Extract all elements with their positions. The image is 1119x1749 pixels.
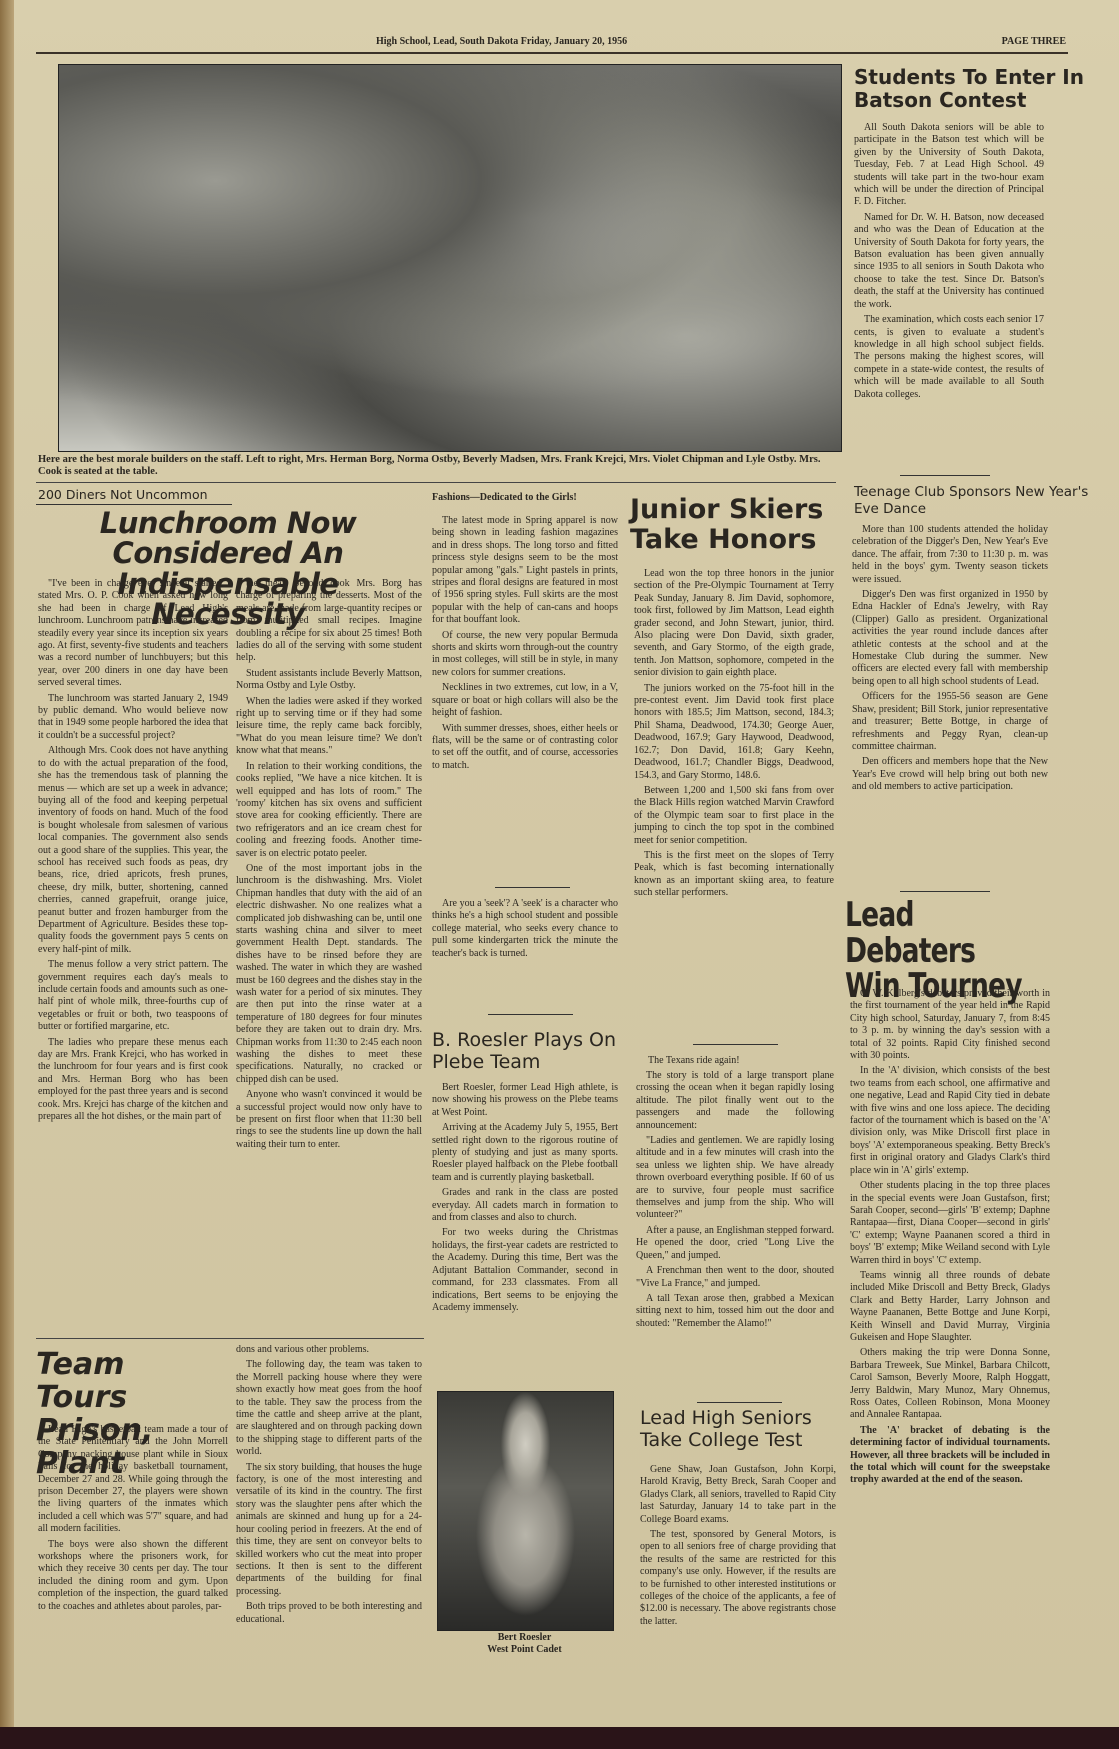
paragraph: The menus follow a very strict pattern. … [38, 959, 228, 1033]
paragraph: After a pause, an Englishman stepped for… [636, 1225, 834, 1262]
teen-club-headline: Teenage Club Sponsors New Year's Eve Dan… [854, 484, 1114, 518]
paragraph: Digger's Den was first organized in 1950… [852, 589, 1048, 688]
paragraph: In the 'A' division, which consists of t… [850, 1065, 1050, 1177]
caption-title: West Point Cadet [437, 1644, 612, 1656]
divider [900, 891, 990, 892]
paragraph: Are you a 'seek'? A 'seek' is a characte… [432, 898, 618, 960]
debaters-article: O. W. Kolberg's debaters proved their wo… [850, 988, 1050, 1490]
page-bottom-edge [0, 1727, 1119, 1749]
paragraph: "Ladies and gentlemen. We are rapidly lo… [636, 1135, 834, 1222]
paragraph: The juniors worked on the 75-foot hill i… [634, 683, 834, 782]
paragraph: Student assistants include Beverly Matts… [236, 668, 422, 693]
paragraph: The boys were also shown the different w… [38, 1539, 228, 1613]
team-tours-column-1: Lead High's basketball team made a tour … [38, 1424, 228, 1616]
skiers-headline: Junior Skiers Take Honors [630, 495, 840, 555]
paragraph: Named for Dr. W. H. Batson, now deceased… [854, 212, 1044, 311]
kicker-rule [36, 504, 232, 505]
paragraph: This is the first meet on the slopes of … [634, 850, 834, 900]
paragraph: One of the most important jobs in the lu… [236, 863, 422, 1086]
college-test-article: Gene Shaw, Joan Gustafson, John Korpi, H… [640, 1464, 836, 1631]
paragraph: Bert Roesler, former Lead High athlete, … [432, 1082, 618, 1119]
lunchroom-column-2: the meal. Second cook Mrs. Borg has char… [236, 578, 422, 1154]
paragraph: The following day, the team was taken to… [236, 1359, 422, 1458]
paragraph: Between 1,200 and 1,500 ski fans from ov… [634, 785, 834, 847]
paragraph: The lunchroom was started January 2, 194… [38, 693, 228, 743]
paragraph: Gene Shaw, Joan Gustafson, John Korpi, H… [640, 1464, 836, 1526]
paragraph: The six story building, that houses the … [236, 1462, 422, 1598]
divider [36, 482, 836, 483]
paragraph: The 'A' bracket of debating is the deter… [850, 1425, 1050, 1487]
lunchroom-column-1: "I've been in charge ever since it start… [38, 578, 228, 1126]
paragraph: Anyone who wasn't convinced it would be … [236, 1089, 422, 1151]
paragraph: In relation to their working conditions,… [236, 761, 422, 860]
fashions-subhead: Fashions—Dedicated to the Girls! [432, 492, 577, 503]
page-number: PAGE THREE [1002, 36, 1066, 47]
paragraph: dons and various other problems. [236, 1344, 422, 1356]
teen-club-article: More than 100 students attended the holi… [852, 524, 1048, 797]
paragraph: Lead High's basketball team made a tour … [38, 1424, 228, 1536]
paragraph: "I've been in charge ever since it start… [38, 578, 228, 690]
roesler-cadet-photo [437, 1391, 614, 1631]
paragraph: When the ladies were asked if they worke… [236, 696, 422, 758]
roesler-article: Bert Roesler, former Lead High athlete, … [432, 1082, 618, 1317]
paragraph: For two weeks during the Christmas holid… [432, 1227, 618, 1314]
paragraph: A Frenchman then went to the door, shout… [636, 1265, 834, 1290]
kitchen-staff-photo [58, 64, 842, 452]
divider [488, 1014, 573, 1015]
divider [495, 887, 570, 888]
team-tours-column-2: dons and various other problems. The fol… [236, 1344, 422, 1629]
paragraph: The ladies who prepare these menus each … [38, 1037, 228, 1124]
dateline: High School, Lead, South Dakota Friday, … [376, 36, 627, 47]
paragraph: Although Mrs. Cook does not have anythin… [38, 745, 228, 956]
texans-subhead: The Texans ride again! [648, 1055, 740, 1066]
batson-headline: Students To Enter In Batson Contest [854, 66, 1084, 112]
paragraph: Den officers and members hope that the N… [852, 756, 1048, 793]
roesler-photo-caption: Bert Roesler West Point Cadet [437, 1632, 612, 1656]
paragraph: Teams winnig all three rounds of debate … [850, 1270, 1050, 1344]
batson-article: All South Dakota seniors will be able to… [854, 122, 1044, 404]
paragraph: Grades and rank in the class are posted … [432, 1187, 618, 1224]
paragraph: The test, sponsored by General Motors, i… [640, 1529, 836, 1628]
paragraph: Lead won the top three honors in the jun… [634, 568, 834, 680]
paragraph: Necklines in two extremes, cut low, in a… [432, 682, 618, 719]
paragraph: The story is told of a large transport p… [636, 1070, 834, 1132]
lunchroom-kicker: 200 Diners Not Uncommon [38, 487, 208, 502]
divider [36, 1338, 424, 1339]
paragraph: Others making the trip were Donna Sonne,… [850, 1347, 1050, 1421]
college-test-headline: Lead High Seniors Take College Test [640, 1408, 850, 1452]
paragraph: Officers for the 1955-56 season are Gene… [852, 691, 1048, 753]
paragraph: The latest mode in Spring apparel is now… [432, 515, 618, 627]
paragraph: The examination, which costs each senior… [854, 314, 1044, 401]
paragraph: the meal. Second cook Mrs. Borg has char… [236, 578, 422, 665]
fashions-article: The latest mode in Spring apparel is now… [432, 515, 618, 775]
paragraph: A tall Texan arose then, grabbed a Mexic… [636, 1293, 834, 1330]
paragraph: Of course, the new very popular Bermuda … [432, 630, 618, 680]
roesler-headline: B. Roesler Plays On Plebe Team [432, 1030, 632, 1074]
paragraph: Both trips proved to be both interesting… [236, 1601, 422, 1626]
texans-article: The story is told of a large transport p… [636, 1070, 834, 1333]
masthead-rule [36, 52, 1068, 54]
skiers-article: Lead won the top three honors in the jun… [634, 568, 834, 903]
divider [900, 475, 990, 476]
paragraph: All South Dakota seniors will be able to… [854, 122, 1044, 209]
seek-item: Are you a 'seek'? A 'seek' is a characte… [432, 898, 618, 963]
paragraph: O. W. Kolberg's debaters proved their wo… [850, 988, 1050, 1062]
paragraph: Arriving at the Academy July 5, 1955, Be… [432, 1122, 618, 1184]
paragraph: More than 100 students attended the holi… [852, 524, 1048, 586]
paragraph: With summer dresses, shoes, either heels… [432, 723, 618, 773]
divider [693, 1044, 778, 1045]
divider [697, 1402, 782, 1403]
paragraph: Other students placing in the top three … [850, 1180, 1050, 1267]
caption-name: Bert Roesler [437, 1632, 612, 1644]
photo-caption: Here are the best morale builders on the… [38, 454, 838, 478]
